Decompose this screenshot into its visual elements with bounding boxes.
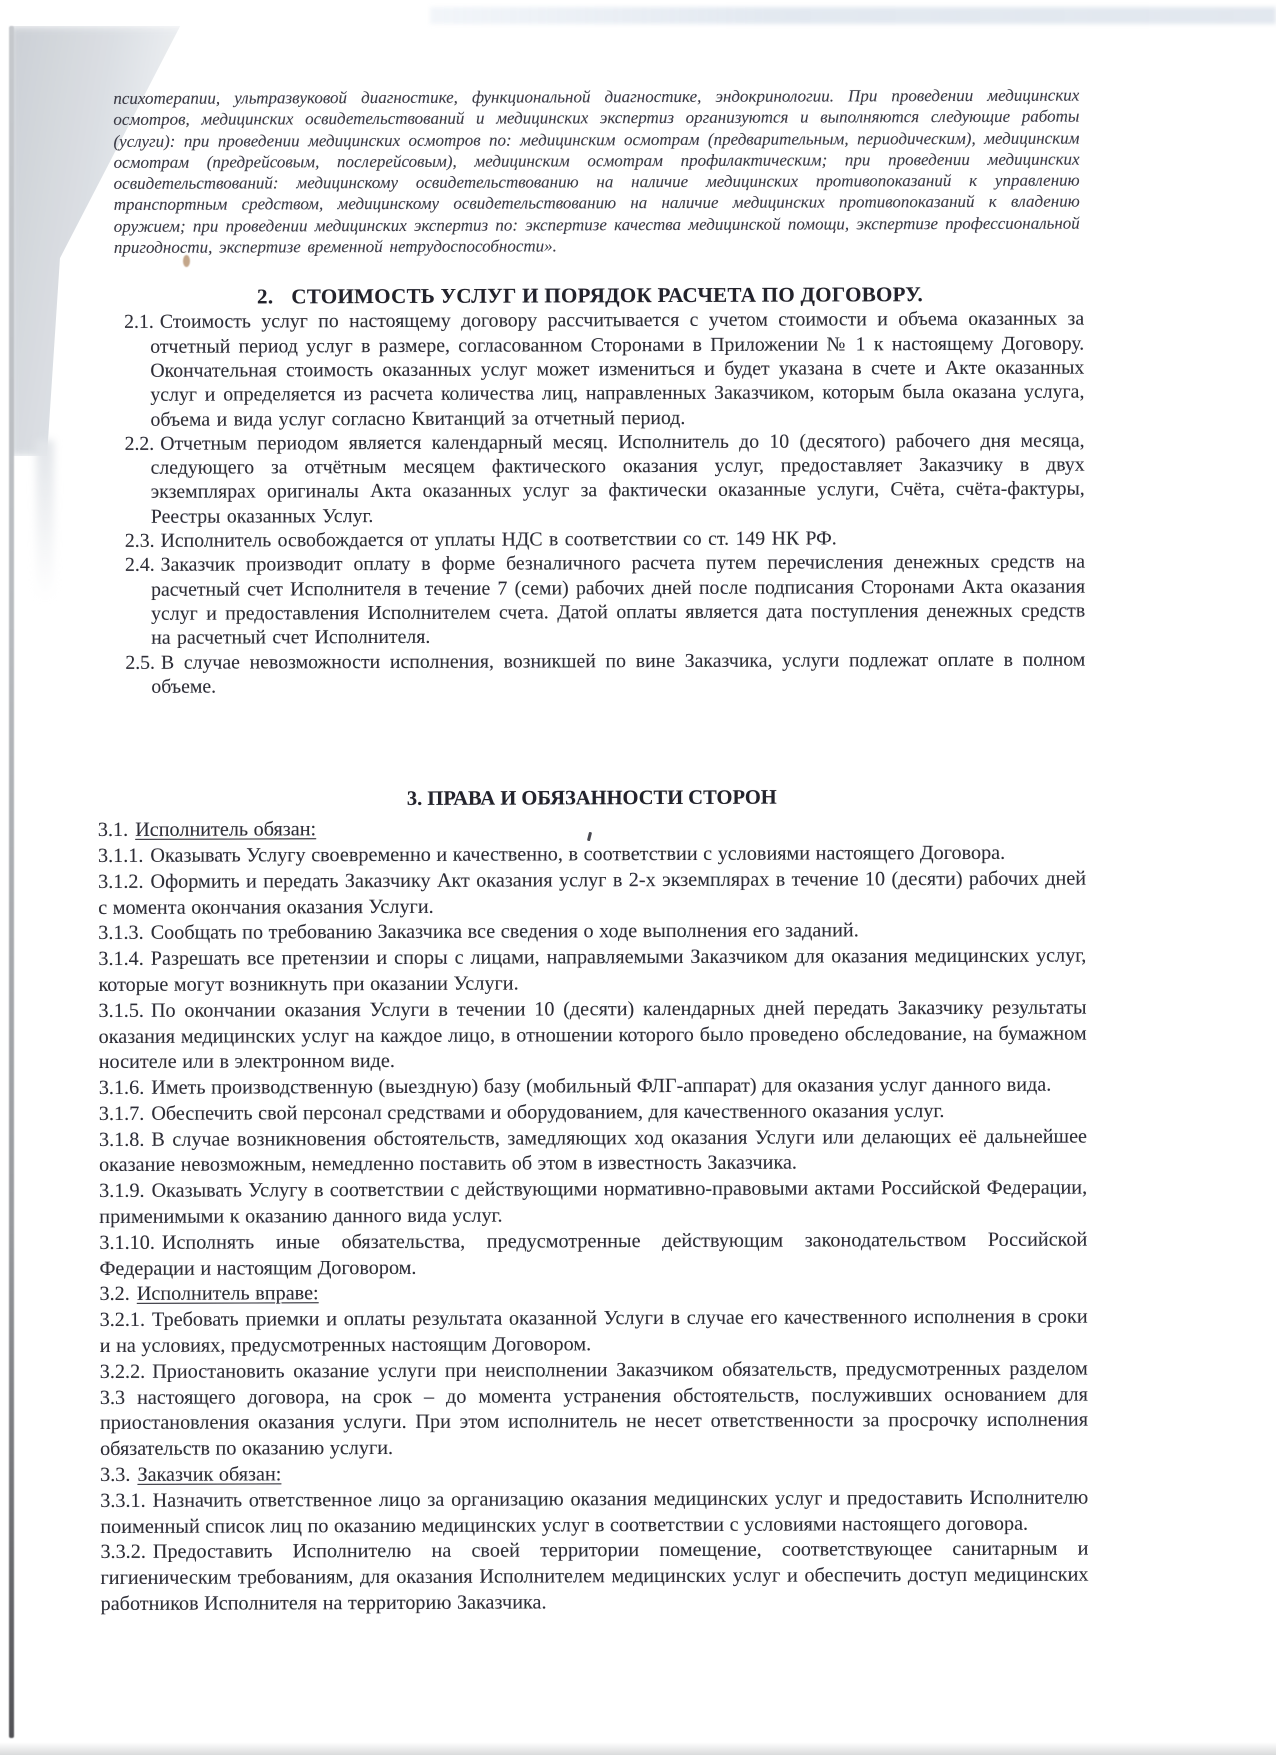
- section-2-number: 2.: [257, 285, 273, 309]
- page-edge-line: [9, 26, 14, 1738]
- clause-number: 3.3.2.: [100, 1541, 145, 1563]
- clause-text: Оказывать Услугу своевременно и качестве…: [150, 842, 1005, 867]
- clause-number: 3.1.6.: [99, 1077, 144, 1099]
- document-content: психотерапии, ультразвуковой диагностике…: [95, 0, 1089, 1618]
- clause-number: 3.2.1.: [100, 1309, 145, 1331]
- scan-shadow-tail: [36, 440, 54, 600]
- clause-2-4: 2.4.Заказчик производит оплату в форме б…: [151, 550, 1085, 650]
- clause-text: Требовать приемки и оплаты результата ок…: [100, 1306, 1088, 1357]
- intro-paragraph: психотерапии, ультразвуковой диагностике…: [113, 85, 1080, 259]
- clause-3-2-2: 3.2.2.Приостановить оказание услуги при …: [100, 1356, 1088, 1463]
- clause-number: 3.1.7.: [99, 1103, 144, 1125]
- clause-3-1-6: 3.1.6.Иметь производственную (выездную) …: [99, 1073, 1087, 1102]
- clause-text: Приостановить оказание услуги при неиспо…: [100, 1357, 1088, 1460]
- clause-2-1: 2.1.Стоимость услуг по настоящему догово…: [150, 307, 1084, 432]
- clause-number: 2.3.: [125, 530, 155, 552]
- clause-number: 2.4.: [125, 554, 155, 576]
- section-3-heading: 3. ПРАВА И ОБЯЗАННОСТИ СТОРОН: [98, 785, 1086, 812]
- clause-3-2: 3.2.Исполнитель вправе:: [99, 1279, 1087, 1308]
- clause-3-1-10: 3.1.10.Исполнять иные обязательства, пре…: [99, 1227, 1087, 1282]
- clause-number: 3.1.5.: [98, 1000, 143, 1022]
- clause-text: В случае невозможности исполнения, возни…: [151, 648, 1085, 698]
- clause-text: Исполнять иные обязательства, предусмотр…: [99, 1228, 1087, 1279]
- subheading-text: Заказчик обязан:: [137, 1463, 281, 1486]
- clause-text: Заказчик производит оплату в форме безна…: [151, 551, 1085, 649]
- clause-number: 3.1.1.: [98, 845, 143, 867]
- clause-number: 3.1.10.: [99, 1232, 155, 1254]
- clause-3-1-7: 3.1.7.Обеспечить свой персонал средствам…: [99, 1098, 1087, 1127]
- clause-number: 3.2.2.: [100, 1361, 145, 1383]
- clause-text: Оказывать Услугу в соответствии с действ…: [99, 1177, 1087, 1228]
- clause-3-1-3: 3.1.3.Сообщать по требованию Заказчика в…: [98, 918, 1086, 947]
- clause-number: 3.1.2.: [98, 871, 143, 893]
- section-3-body: 3.1.Исполнитель обязан: 3.1.1.Оказывать …: [98, 815, 1089, 1618]
- clause-text: По окончании оказания Услуги в течении 1…: [99, 996, 1087, 1073]
- page-bottom-shade: [0, 1742, 1276, 1755]
- clause-text: Оформить и передать Заказчику Акт оказан…: [98, 867, 1086, 918]
- scanned-contract-page: психотерапии, ультразвуковой диагностике…: [0, 0, 1276, 1755]
- clause-text: Назначить ответственное лицо за организа…: [100, 1486, 1088, 1537]
- clause-3-2-1: 3.2.1.Требовать приемки и оплаты результ…: [100, 1305, 1088, 1360]
- section-2-body: 2.1.Стоимость услуг по настоящему догово…: [124, 307, 1085, 699]
- clause-2-2: 2.2.Отчетным периодом является календарн…: [151, 428, 1085, 528]
- subheading-text: Исполнитель вправе:: [137, 1283, 319, 1306]
- clause-text: Отчетным периодом является календарный м…: [151, 429, 1085, 527]
- clause-text: Разрешать все претензии и споры с лицами…: [98, 945, 1086, 996]
- clause-2-3: 2.3.Исполнитель освобождается от уплаты …: [151, 526, 1085, 554]
- clause-number: 3.2.: [99, 1283, 129, 1305]
- clause-number: 2.2.: [125, 433, 155, 455]
- section-2-heading: 2.СТОИМОСТЬ УСЛУГ И ПОРЯДОК РАСЧЕТА ПО Д…: [96, 281, 1084, 310]
- section-2-title: СТОИМОСТЬ УСЛУГ И ПОРЯДОК РАСЧЕТА ПО ДОГ…: [291, 282, 923, 308]
- clause-3-1-5: 3.1.5.По окончании оказания Услуги в теч…: [98, 995, 1086, 1076]
- clause-number: 2.5.: [125, 651, 155, 673]
- clause-3-3-1: 3.3.1.Назначить ответственное лицо за ор…: [100, 1485, 1088, 1540]
- clause-text: Стоимость услуг по настоящему договору р…: [150, 308, 1084, 430]
- clause-3-3-2: 3.3.2.Предоставить Исполнителю на своей …: [100, 1537, 1088, 1618]
- clause-number: 3.1.8.: [99, 1129, 144, 1151]
- clause-3-3: 3.3.Заказчик обязан:: [100, 1460, 1088, 1489]
- clause-number: 3.3.: [100, 1464, 130, 1486]
- clause-text: Обеспечить свой персонал средствами и об…: [151, 1100, 944, 1125]
- clause-number: 3.1.4.: [98, 948, 143, 970]
- clause-3-1-1: 3.1.1.Оказывать Услугу своевременно и ка…: [98, 840, 1086, 869]
- clause-2-5: 2.5.В случае невозможности исполнения, в…: [151, 647, 1085, 699]
- clause-text: Исполнитель освобождается от уплаты НДС …: [161, 527, 837, 551]
- clause-text: Предоставить Исполнителю на своей террит…: [100, 1538, 1088, 1615]
- clause-text: В случае возникновения обстоятельств, за…: [99, 1125, 1087, 1176]
- clause-3-1: 3.1.Исполнитель обязан:: [98, 815, 1086, 844]
- clause-number: 3.1.3.: [98, 922, 143, 944]
- clause-text: Сообщать по требованию Заказчика все све…: [151, 920, 859, 944]
- subheading-text: Исполнитель обязан:: [135, 818, 316, 841]
- clause-3-1-4: 3.1.4.Разрешать все претензии и споры с …: [98, 944, 1086, 999]
- clause-3-1-9: 3.1.9.Оказывать Услугу в соответствии с …: [99, 1176, 1087, 1231]
- clause-number: 2.1.: [124, 311, 154, 333]
- clause-number: 3.1.9.: [99, 1180, 144, 1202]
- clause-number: 3.3.1.: [100, 1490, 145, 1512]
- clause-number: 3.1.: [98, 819, 128, 841]
- clause-3-1-8: 3.1.8.В случае возникновения обстоятельс…: [99, 1124, 1087, 1179]
- clause-3-1-2: 3.1.2.Оформить и передать Заказчику Акт …: [98, 866, 1086, 921]
- clause-text: Иметь производственную (выездную) базу (…: [151, 1074, 1051, 1099]
